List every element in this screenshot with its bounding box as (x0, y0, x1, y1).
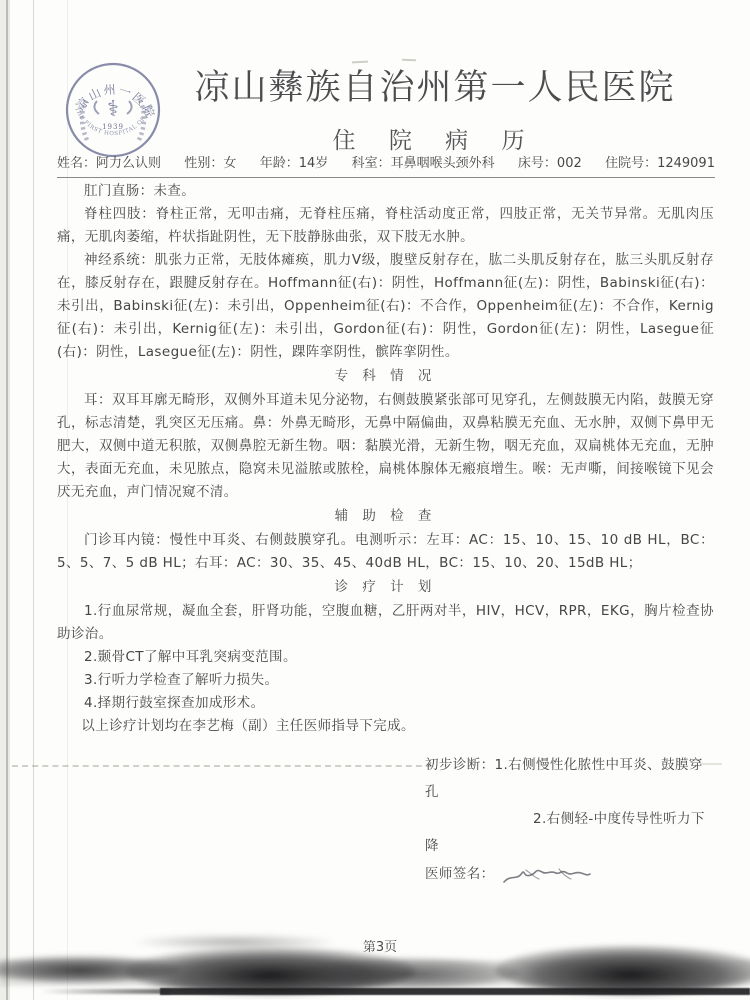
doctor-signature-handwriting-icon (501, 864, 593, 888)
plan-note: 以上诊疗计划均在李艺梅（副）主任医师指导下完成。 (57, 715, 714, 738)
field-label: 床号： (518, 156, 557, 171)
document-page: 凉山州一医院 THE FIRST HOSPITAL OF LIANGSHAN ⚕… (10, 0, 750, 1000)
paragraph-nervous-system: 神经系统：肌张力正常，无肢体瘫痪，肌力Ⅴ级，腹壁反射存在，肱二头肌反射存在，肱三… (57, 249, 714, 364)
preliminary-diagnosis-block: 初步诊断：1.右侧慢性化脓性中耳炎、鼓膜穿孔 2.右侧轻-中度传导性听力下降 医… (425, 752, 712, 888)
patient-sex-field: 性别：女 (184, 152, 236, 171)
seal-year-text: 1939 (102, 123, 124, 131)
document-title: 住 院 病 历 (150, 122, 720, 155)
hospital-name: 凉山彝族自治州第一人民医院 (150, 60, 720, 110)
page-edge-line (6, 0, 8, 1000)
record-body: 肛门直肠：未查。 脊柱四肢：脊柱正常，无叩击痛，无脊柱压痛，脊柱活动度正常，四肢… (57, 180, 714, 738)
page-edge-line (33, 0, 34, 1000)
paragraph-auxiliary-exam: 门诊耳内镜：慢性中耳炎、右侧鼓膜穿孔。电测听示：左耳：AC：15、10、15、1… (57, 529, 714, 575)
field-value: 阿力么认则 (96, 156, 161, 171)
field-value: 14岁 (299, 156, 329, 171)
plan-item: 3.行听力学检查了解听力损失。 (57, 669, 714, 692)
patient-info-row: 姓名：阿力么认则 性别：女 年龄：14岁 科室：耳鼻咽喉头颈外科 床号：002 … (57, 152, 715, 178)
paragraph-spine-limbs: 脊柱四肢：脊柱正常，无叩击痛，无脊柱压痛，脊柱活动度正常，四肢正常，无关节异常。… (57, 203, 714, 249)
patient-name-field: 姓名：阿力么认则 (57, 152, 161, 171)
section-title-treatment-plan: 诊 疗 计 划 (57, 576, 714, 599)
patient-bed-field: 床号：002 (518, 152, 582, 171)
patient-age-field: 年龄：14岁 (260, 152, 329, 171)
paragraph-specialty-findings: 耳：双耳耳廓无畸形，双侧外耳道未见分泌物，右侧鼓膜紧张部可见穿孔，左侧鼓膜无内陷… (57, 389, 714, 504)
plan-item: 2.颞骨CT了解中耳乳突病变范围。 (57, 646, 714, 669)
field-label: 姓名： (57, 156, 96, 171)
patient-department-field: 科室：耳鼻咽喉头颈外科 (352, 152, 495, 171)
field-label: 性别： (184, 156, 223, 171)
plan-item: 1.行血尿常规，凝血全套，肝肾功能，空腹血糖，乙肝两对半，HIV，HCV，RPR… (57, 600, 714, 646)
paragraph-rectal-exam: 肛门直肠：未查。 (57, 180, 714, 203)
page-edge-line (67, 0, 68, 1000)
field-label: 住院号： (605, 156, 657, 171)
diagnosis-line: 初步诊断：1.右侧慢性化脓性中耳炎、鼓膜穿孔 (425, 752, 712, 806)
field-value: 1249091 (657, 156, 715, 171)
doctor-signature-label: 医师签名： (425, 861, 495, 888)
document-header: 凉山彝族自治州第一人民医院 住 院 病 历 (150, 60, 720, 155)
caduceus-icon: ⚕ (107, 97, 119, 122)
scan-artifact-mark (402, 59, 416, 61)
patient-admission-no-field: 住院号：1249091 (605, 152, 715, 171)
page-crease-line (12, 765, 432, 767)
diagnosis-line: 2.右侧轻-中度传导性听力下降 (425, 806, 712, 860)
section-title-specialty: 专 科 情 况 (57, 365, 714, 388)
doctor-signature-row: 医师签名： (425, 860, 712, 888)
page-number: 第3页 (10, 936, 750, 955)
field-label: 年龄： (260, 156, 299, 171)
scanned-medical-record: { "header": { "hospital_name": "凉山彝族自治州第… (0, 0, 750, 1000)
field-value: 女 (223, 156, 236, 171)
section-title-auxiliary-exam: 辅 助 检 查 (57, 505, 714, 528)
plan-item: 4.择期行鼓室探查加成形术。 (57, 692, 714, 715)
field-value: 耳鼻咽喉头颈外科 (391, 156, 495, 171)
field-value: 002 (557, 156, 582, 171)
field-label: 科室： (352, 156, 391, 171)
